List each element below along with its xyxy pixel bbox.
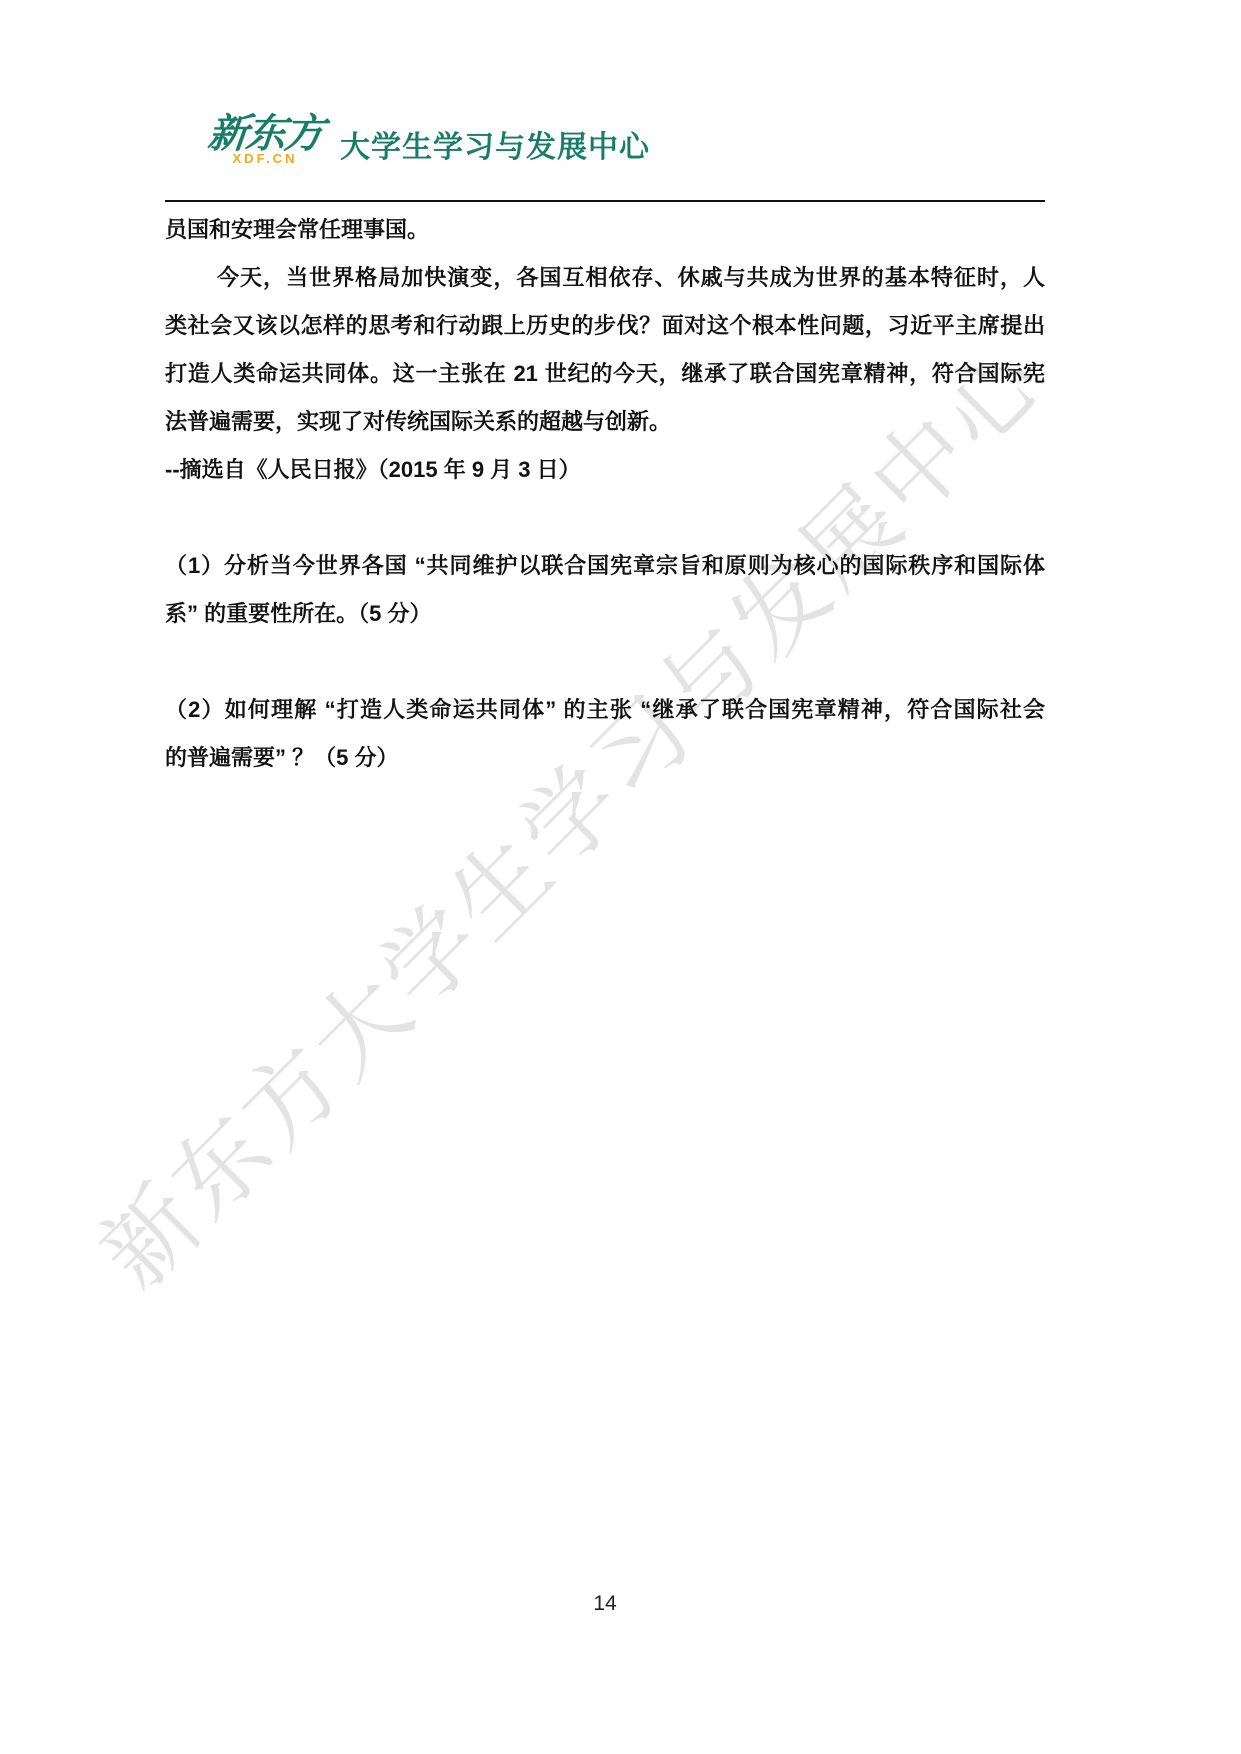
- question-2-line: 的普遍需要” ？（5 分）: [165, 734, 1045, 782]
- question-1-line: 系” 的重要性所在。（5 分）: [165, 590, 1045, 638]
- paragraph-line: 打造人类命运共同体。这一主张在 21 世纪的今天，继承了联合国宪章精神，符合国际…: [165, 350, 1045, 398]
- citation-line: --摘选自《人民日报》（2015 年 9 月 3 日）: [165, 446, 1045, 494]
- header-divider: [165, 200, 1045, 202]
- document-body: 员国和安理会常任理事国。 今天，当世界格局加快演变，各国互相依存、休戚与共成为世…: [165, 206, 1045, 782]
- page-number: 14: [165, 1592, 1045, 1616]
- xdf-logo-wordmark: 新东方: [206, 114, 324, 154]
- paragraph-line: 法普遍需要，实现了对传统国际关系的超越与创新。: [165, 398, 1045, 446]
- paragraph-line: 今天，当世界格局加快演变，各国互相依存、休戚与共成为世界的基本特征时，人: [165, 254, 1045, 302]
- question-1-line: （1）分析当今世界各国 “共同维护以联合国宪章宗旨和原则为核心的国际秩序和国际体: [165, 542, 1045, 590]
- xdf-logo: 新东方 XDF.CN: [208, 114, 322, 166]
- header-title: 大学生学习与发展中心: [340, 122, 650, 166]
- continuation-text-line: 员国和安理会常任理事国。: [165, 206, 1045, 254]
- paragraph-line: 类社会又该以怎样的思考和行动跟上历史的步伐？面对这个根本性问题，习近平主席提出: [165, 302, 1045, 350]
- document-page: 新东方大学生学习与发展中心 新东方 XDF.CN 大学生学习与发展中心 员国和安…: [0, 0, 1241, 1754]
- page-header: 新东方 XDF.CN 大学生学习与发展中心: [208, 114, 650, 166]
- question-2-line: （2）如何理解 “打造人类命运共同体” 的主张 “继承了联合国宪章精神，符合国际…: [165, 686, 1045, 734]
